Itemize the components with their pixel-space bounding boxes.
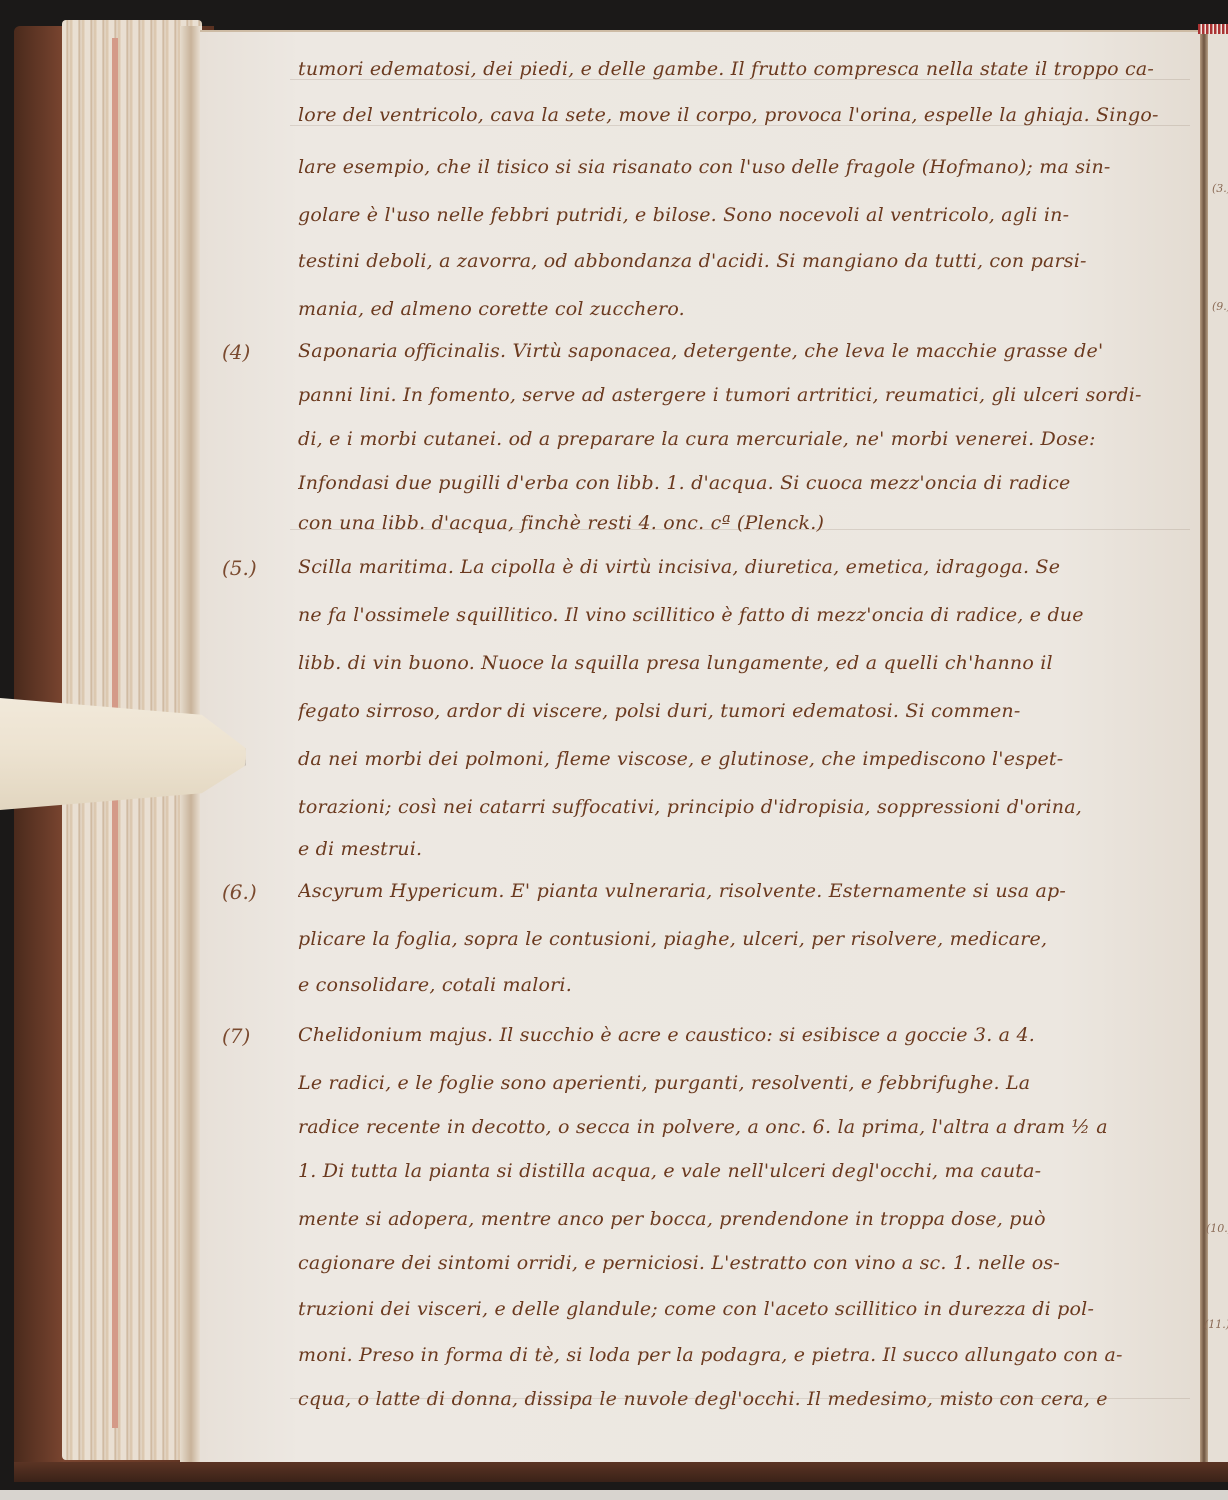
text-line: fegato sirroso, ardor di viscere, polsi … <box>298 700 1188 722</box>
text-line: Infondasi due pugilli d'erba con libb. 1… <box>298 472 1188 494</box>
text-line: cagionare dei sintomi orridi, e pernicio… <box>298 1252 1188 1274</box>
text-line: con una libb. d'acqua, finchè resti 4. o… <box>298 512 1188 534</box>
entry-title-line: Ascyrum Hypericum. E' pianta vulneraria,… <box>298 880 1188 902</box>
text-line: golare è l'uso nelle febbri putridi, e b… <box>298 204 1188 226</box>
text-line: lore del ventricolo, cava la sete, move … <box>298 104 1188 126</box>
entry-number: (5.) <box>222 556 257 580</box>
text-line: libb. di vin buono. Nuoce la squilla pre… <box>298 652 1188 674</box>
text-line: torazioni; così nei catarri suffocativi,… <box>298 796 1188 818</box>
text-line: radice recente in decotto, o secca in po… <box>298 1116 1188 1138</box>
book-gutter <box>1200 30 1208 1470</box>
text-line: Le radici, e le foglie sono aperienti, p… <box>298 1072 1188 1094</box>
text-line: tumori edematosi, dei piedi, e delle gam… <box>298 58 1188 80</box>
cover-bottom-edge <box>14 1462 1228 1482</box>
entry-title-line: Saponaria officinalis. Virtù saponacea, … <box>298 340 1188 362</box>
text-line: mente si adopera, mentre anco per bocca,… <box>298 1208 1188 1230</box>
entry-number: (6.) <box>222 880 257 904</box>
text-line: testini deboli, a zavorra, od abbondanza… <box>298 250 1188 272</box>
facing-margin-number: (3.) <box>1212 182 1228 195</box>
text-line: panni lini. In fomento, serve ad asterge… <box>298 384 1188 406</box>
text-line: di, e i morbi cutanei. od a preparare la… <box>298 428 1188 450</box>
entry-number: (4) <box>222 340 250 364</box>
text-line: 1. Di tutta la pianta si distilla acqua,… <box>298 1160 1188 1182</box>
book-photograph: (3.) (9.) (10.) (11.) tumori edematosi, … <box>0 0 1228 1500</box>
text-line: cqua, o latte di donna, dissipa le nuvol… <box>298 1388 1188 1410</box>
text-line: ne fa l'ossimele squillitico. Il vino sc… <box>298 604 1188 626</box>
headband-top <box>1198 24 1228 34</box>
text-line: da nei morbi dei polmoni, fleme viscose,… <box>298 748 1188 770</box>
text-line: moni. Preso in forma di tè, si loda per … <box>298 1344 1188 1366</box>
facing-margin-number: (10.) <box>1206 1222 1228 1235</box>
text-line: lare esempio, che il tisico si sia risan… <box>298 156 1188 178</box>
text-line: e consolidare, cotali malori. <box>298 974 1188 996</box>
entry-title-line: Chelidonium majus. Il succhio è acre e c… <box>298 1024 1188 1046</box>
text-line: e di mestrui. <box>298 838 1188 860</box>
facing-margin-number: (9.) <box>1212 300 1228 313</box>
photo-bottom-strip <box>0 1490 1228 1500</box>
facing-margin-number: (11.) <box>1204 1318 1228 1331</box>
entry-title-line: Scilla maritima. La cipolla è di virtù i… <box>298 556 1188 578</box>
facing-page-sliver <box>1208 30 1228 1470</box>
entry-number: (7) <box>222 1024 250 1048</box>
text-line: truzioni dei visceri, e delle glandule; … <box>298 1298 1188 1320</box>
text-line: mania, ed almeno corette col zucchero. <box>298 298 1188 320</box>
text-line: plicare la foglia, sopra le contusioni, … <box>298 928 1188 950</box>
